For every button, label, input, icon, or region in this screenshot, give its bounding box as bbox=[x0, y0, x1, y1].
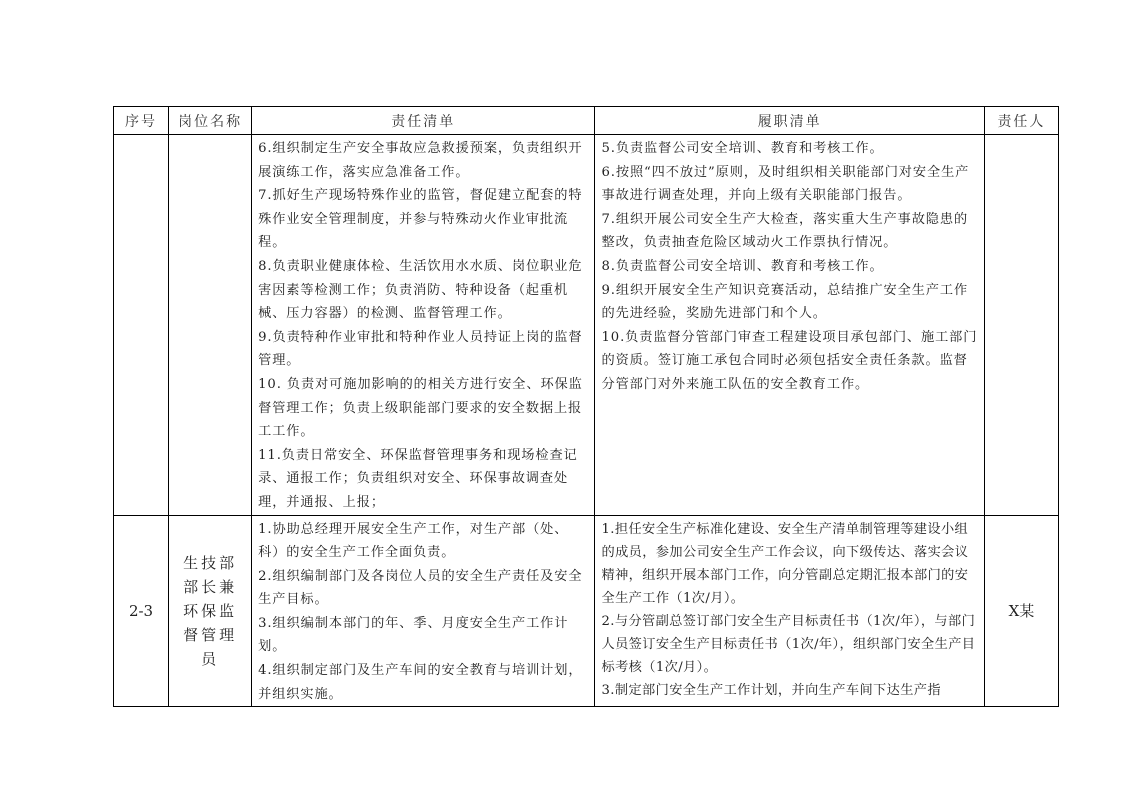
performance-item: 2.与分管副总签订部门安全生产目标责任书（1次/年），与部门人员签订安全生产目标… bbox=[601, 610, 977, 679]
performance-item: 7.组织开展公司安全生产大检查，落实重大生产事故隐患的整改，负责抽查危险区域动火… bbox=[601, 208, 977, 255]
performance-cell: 5.负责监督公司安全培训、教育和考核工作。 6.按照“四不放过”原则，及时组织相… bbox=[595, 135, 984, 516]
row-no bbox=[114, 135, 169, 516]
row-position: 生技部部长兼环保监督管理员 bbox=[169, 515, 252, 707]
responsibility-item: 3.组织编制本部门的年、季、月度安全生产工作计划。 bbox=[258, 612, 589, 659]
responsibilities-cell: 1.协助总经理开展安全生产工作，对生产部（处、科）的安全生产工作全面负责。 2.… bbox=[252, 515, 595, 707]
responsibility-item: 9.负责特种作业审批和特种作业人员持证上岗的监督管理。 bbox=[258, 326, 589, 373]
responsibility-item: 1.协助总经理开展安全生产工作，对生产部（处、科）的安全生产工作全面负责。 bbox=[258, 518, 589, 565]
header-no: 序号 bbox=[114, 107, 169, 135]
performance-item: 3.制定部门安全生产工作计划，并向生产车间下达生产指 bbox=[601, 679, 977, 702]
performance-item: 9.组织开展安全生产知识竞赛活动，总结推广安全生产工作的先进经验，奖励先进部门和… bbox=[601, 279, 977, 326]
responsibility-item: 10. 负责对可施加影响的的相关方进行安全、环保监督管理工作；负责上级职能部门要… bbox=[258, 373, 589, 444]
responsibility-item: 8.负责职业健康体检、生活饮用水水质、岗位职业危害因素等检测工作；负责消防、特种… bbox=[258, 255, 589, 326]
responsibility-item: 6.组织制定生产安全事故应急救援预案，负责组织开展演练工作，落实应急准备工作。 bbox=[258, 137, 589, 184]
header-position: 岗位名称 bbox=[169, 107, 252, 135]
row-person: X某 bbox=[984, 515, 1058, 707]
table-row: 2-3 生技部部长兼环保监督管理员 1.协助总经理开展安全生产工作，对生产部（处… bbox=[114, 515, 1059, 707]
performance-cell: 1.担任安全生产标准化建设、安全生产清单制管理等建设小组的成员，参加公司安全生产… bbox=[595, 515, 984, 707]
performance-item: 10.负责监督分管部门审查工程建设项目承包部门、施工部门的资质。签订施工承包合同… bbox=[601, 326, 977, 397]
table-row: 6.组织制定生产安全事故应急救援预案，负责组织开展演练工作，落实应急准备工作。 … bbox=[114, 135, 1059, 516]
performance-item: 5.负责监督公司安全培训、教育和考核工作。 bbox=[601, 137, 977, 161]
row-person bbox=[984, 135, 1058, 516]
responsibility-item: 11.负责日常安全、环保监督管理事务和现场检查记录、通报工作；负责组织对安全、环… bbox=[258, 444, 589, 515]
responsibilities-cell: 6.组织制定生产安全事故应急救援预案，负责组织开展演练工作，落实应急准备工作。 … bbox=[252, 135, 595, 516]
performance-item: 8.负责监督公司安全培训、教育和考核工作。 bbox=[601, 255, 977, 279]
header-person: 责任人 bbox=[984, 107, 1058, 135]
responsibility-item: 4.组织制定部门及生产车间的安全教育与培训计划，并组织实施。 bbox=[258, 659, 589, 706]
performance-item: 1.担任安全生产标准化建设、安全生产清单制管理等建设小组的成员，参加公司安全生产… bbox=[601, 518, 977, 610]
responsibility-item: 2.组织编制部门及各岗位人员的安全生产责任及安全生产目标。 bbox=[258, 565, 589, 612]
row-no: 2-3 bbox=[114, 515, 169, 707]
header-row: 序号 岗位名称 责任清单 履职清单 责任人 bbox=[114, 107, 1059, 135]
responsibility-table: 序号 岗位名称 责任清单 履职清单 责任人 6.组织制定生产安全事故应急救援预案… bbox=[113, 106, 1059, 707]
performance-item: 6.按照“四不放过”原则，及时组织相关职能部门对安全生产事故进行调查处理，并向上… bbox=[601, 161, 977, 208]
row-position bbox=[169, 135, 252, 516]
header-responsibilities: 责任清单 bbox=[252, 107, 595, 135]
header-performance: 履职清单 bbox=[595, 107, 984, 135]
responsibility-item: 7.抓好生产现场特殊作业的监管，督促建立配套的特殊作业安全管理制度，并参与特殊动… bbox=[258, 184, 589, 255]
